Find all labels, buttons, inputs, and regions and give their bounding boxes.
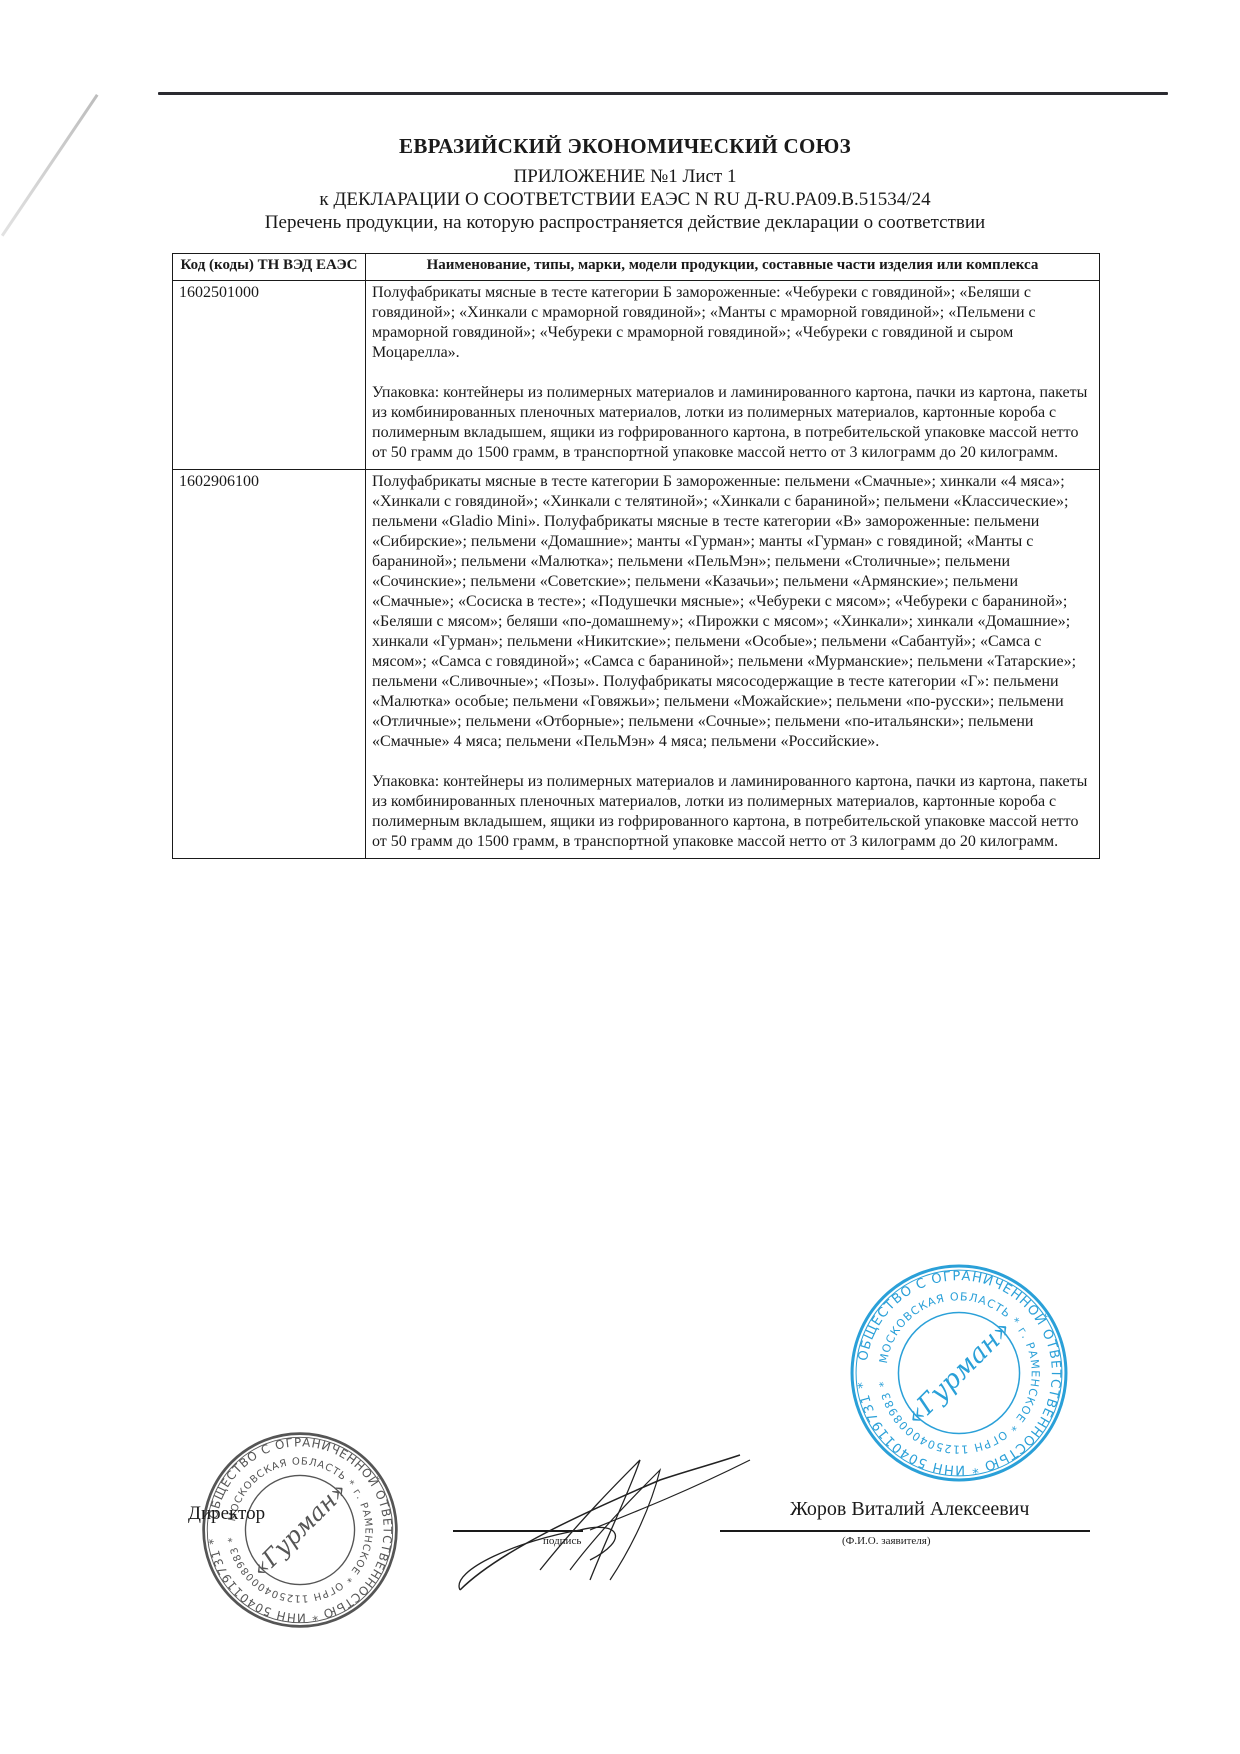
applicant-name: Жоров Виталий Алексеевич	[790, 1498, 1029, 1521]
tnved-code: 1602906100	[173, 470, 366, 859]
document-header: ЕВРАЗИЙСКИЙ ЭКОНОМИЧЕСКИЙ СОЮЗ ПРИЛОЖЕНИ…	[200, 134, 1050, 234]
product-list: Полуфабрикаты мясные в тесте категории Б…	[372, 283, 1093, 363]
packaging-text: Упаковка: контейнеры из полимерных матер…	[372, 772, 1093, 852]
svg-text:«Гурман»: «Гурман»	[900, 1314, 1017, 1431]
scan-edge-top	[158, 92, 1168, 95]
svg-text:«Гурман»: «Гурман»	[246, 1476, 353, 1583]
company-stamp-blue: ОБЩЕСТВО С ОГРАНИЧЕННОЙ ОТВЕТСТВЕННОСТЬЮ…	[848, 1262, 1070, 1484]
director-label: Директор	[188, 1503, 265, 1525]
handwritten-signature-icon	[440, 1450, 760, 1610]
document-subtitle: Перечень продукции, на которую распростр…	[200, 211, 1050, 234]
union-title: ЕВРАЗИЙСКИЙ ЭКОНОМИЧЕСКИЙ СОЮЗ	[200, 134, 1050, 159]
scan-edge-left	[1, 94, 99, 237]
products-table: Код (коды) ТН ВЭД ЕАЭС Наименование, тип…	[172, 253, 1100, 859]
product-description: Полуфабрикаты мясные в тесте категории Б…	[366, 281, 1100, 470]
product-list: Полуфабрикаты мясные в тесте категории Б…	[372, 472, 1093, 752]
table-row: 1602906100 Полуфабрикаты мясные в тесте …	[173, 470, 1100, 859]
stamp-seal-icon: ОБЩЕСТВО С ОГРАНИЧЕННОЙ ОТВЕТСТВЕННОСТЬЮ…	[200, 1430, 400, 1630]
product-description: Полуфабрикаты мясные в тесте категории Б…	[366, 470, 1100, 859]
column-header-products: Наименование, типы, марки, модели продук…	[366, 254, 1100, 281]
tnved-code: 1602501000	[173, 281, 366, 470]
appendix-title: ПРИЛОЖЕНИЕ №1 Лист 1	[200, 165, 1050, 188]
name-caption: (Ф.И.О. заявителя)	[842, 1535, 931, 1547]
packaging-text: Упаковка: контейнеры из полимерных матер…	[372, 383, 1093, 463]
name-line	[720, 1530, 1090, 1532]
declaration-number: к ДЕКЛАРАЦИИ О СООТВЕТСТВИИ ЕАЭС N RU Д-…	[200, 188, 1050, 211]
table-row: 1602501000 Полуфабрикаты мясные в тесте …	[173, 281, 1100, 470]
column-header-code: Код (коды) ТН ВЭД ЕАЭС	[173, 254, 366, 281]
company-stamp-gray: ОБЩЕСТВО С ОГРАНИЧЕННОЙ ОТВЕТСТВЕННОСТЬЮ…	[200, 1430, 400, 1630]
table-header-row: Код (коды) ТН ВЭД ЕАЭС Наименование, тип…	[173, 254, 1100, 281]
stamp-seal-icon: ОБЩЕСТВО С ОГРАНИЧЕННОЙ ОТВЕТСТВЕННОСТЬЮ…	[848, 1262, 1070, 1484]
